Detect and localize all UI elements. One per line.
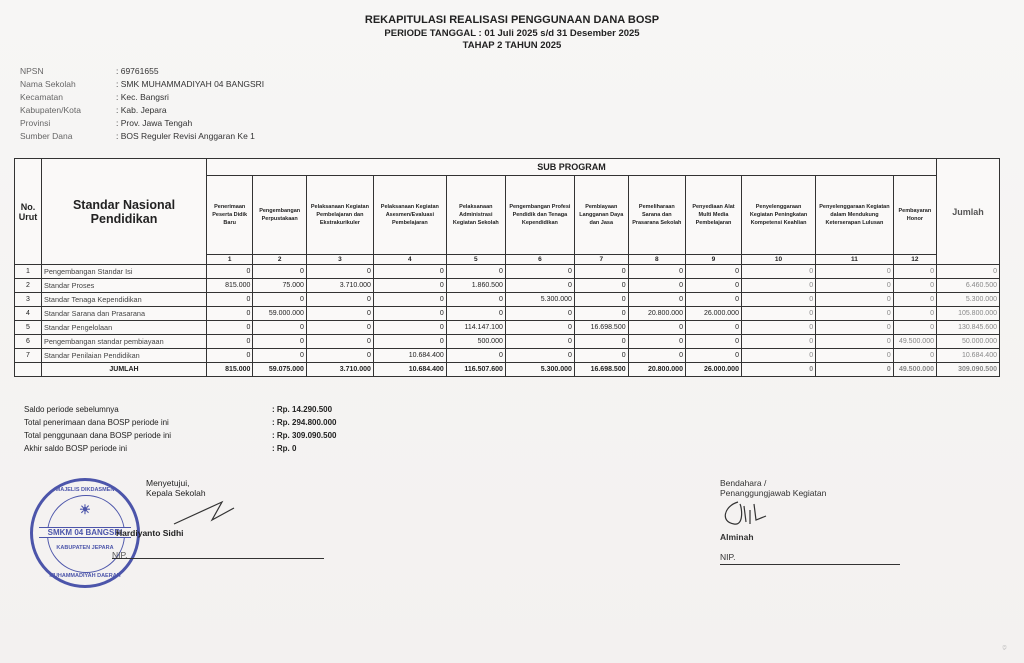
info-value: : Prov. Jawa Tengah [116,118,192,131]
row-value-cell: 0 [741,279,815,293]
column-index: 11 [816,255,894,265]
row-value-cell: 0 [207,349,253,363]
row-value-cell: 0 [207,265,253,279]
row-total-cell: 50.000.000 [937,335,1000,349]
info-row: Provinsi: Prov. Jawa Tengah [20,118,264,131]
sub-program-header: Pengembangan Profesi Pendidik dan Tenaga… [505,176,574,255]
row-value-cell: 0 [893,279,936,293]
row-total-cell: 105.800.000 [937,307,1000,321]
principal-sign-line [112,558,324,559]
sub-program-header: Pemeliharaan Sarana dan Prasarana Sekola… [628,176,685,255]
row-value-cell: 1.860.500 [446,279,505,293]
total-value-cell: 3.710.000 [306,363,373,377]
treasurer-title-1: Bendahara / [720,478,826,488]
row-value-cell: 815.000 [207,279,253,293]
row-value-cell: 0 [816,335,894,349]
row-number: 3 [15,293,42,307]
row-value-cell: 0 [816,321,894,335]
table-row: 1Pengembangan Standar Isi0000000000000 [15,265,1000,279]
total-value-cell: 0 [741,363,815,377]
row-value-cell: 0 [628,279,685,293]
row-number: 4 [15,307,42,321]
total-row: JUMLAH815.00059.075.0003.710.00010.684.4… [15,363,1000,377]
info-value: : BOS Reguler Revisi Anggaran Ke 1 [116,131,255,144]
signature-scribble-icon [720,498,770,528]
info-value: : Kab. Jepara [116,105,167,118]
row-number: 6 [15,335,42,349]
summary-row: Saldo periode sebelumnya: Rp. 14.290.500 [24,405,336,418]
row-value-cell: 0 [253,349,307,363]
row-value-cell: 0 [446,307,505,321]
row-value-cell: 0 [207,293,253,307]
row-value-cell: 0 [893,349,936,363]
report-stage: TAHAP 2 TAHUN 2025 [0,40,1024,51]
signature-scribble-icon [172,498,242,526]
row-value-cell: 0 [446,349,505,363]
row-value-cell: 0 [574,293,628,307]
treasurer-nip: NIP. [720,552,826,562]
info-value: : 69761655 [116,66,159,79]
row-value-cell: 0 [253,293,307,307]
sub-program-header: Penerimaan Peserta Didik Baru [207,176,253,255]
info-row: Kabupaten/Kota: Kab. Jepara [20,105,264,118]
row-value-cell: 0 [893,321,936,335]
sub-program-header: Pembayaran Honor [893,176,936,255]
grand-total-cell: 309.090.500 [937,363,1000,377]
row-total-cell: 6.460.500 [937,279,1000,293]
total-value-cell: 815.000 [207,363,253,377]
row-value-cell: 0 [741,307,815,321]
row-value-cell: 0 [685,279,741,293]
school-info: NPSN: 69761655Nama Sekolah: SMK MUHAMMAD… [20,66,264,144]
total-value-cell: 116.507.600 [446,363,505,377]
row-value-cell: 0 [373,279,446,293]
summary-value: : Rp. 14.290.500 [272,405,332,418]
row-value-cell: 49.500.000 [893,335,936,349]
sub-program-header: Penyediaan Alat Multi Media Pembelajaran [685,176,741,255]
summary-label: Total penerimaan dana BOSP periode ini [24,418,272,431]
row-value-cell: 0 [207,307,253,321]
row-value-cell: 0 [207,321,253,335]
info-label: Kecamatan [20,92,116,105]
sub-program-header: Pengembangan Perpustakaan [253,176,307,255]
info-label: Sumber Dana [20,131,116,144]
row-value-cell: 0 [741,335,815,349]
column-index: 8 [628,255,685,265]
row-value-cell: 0 [816,265,894,279]
info-row: Nama Sekolah: SMK MUHAMMADIYAH 04 BANGSR… [20,79,264,92]
report-period: PERIODE TANGGAL : 01 Juli 2025 s/d 31 De… [0,28,1024,39]
row-value-cell: 75.000 [253,279,307,293]
row-value-cell: 0 [741,321,815,335]
row-value-cell: 0 [306,307,373,321]
column-index: 10 [741,255,815,265]
sub-program-header: Pelaksanaan Kegiatan Asesmen/Evaluasi Pe… [373,176,446,255]
summary-label: Saldo periode sebelumnya [24,405,272,418]
row-value-cell: 3.710.000 [306,279,373,293]
row-value-cell: 0 [574,279,628,293]
row-value-cell: 0 [685,349,741,363]
row-value-cell: 0 [373,321,446,335]
column-index: 5 [446,255,505,265]
row-value-cell: 10.684.400 [373,349,446,363]
row-value-cell: 0 [505,349,574,363]
row-value-cell: 0 [685,335,741,349]
treasurer-sign-line [720,564,900,565]
row-value-cell: 0 [373,307,446,321]
summary-label: Total penggunaan dana BOSP periode ini [24,431,272,444]
column-index: 3 [306,255,373,265]
row-value-cell: 0 [373,265,446,279]
treasurer-title-2: Penanggungjawab Kegiatan [720,488,826,498]
sub-program-header: Pelaksanaan Administrasi Kegiatan Sekola… [446,176,505,255]
row-value-cell: 0 [253,321,307,335]
info-row: Kecamatan: Kec. Bangsri [20,92,264,105]
row-value-cell: 16.698.500 [574,321,628,335]
row-value-cell: 0 [741,265,815,279]
principal-title: Kepala Sekolah [146,488,242,498]
col-sub-program: SUB PROGRAM [207,159,937,176]
table-row: 6Pengembangan standar pembiayaan0000500.… [15,335,1000,349]
row-value-cell: 59.000.000 [253,307,307,321]
row-value-cell: 0 [505,321,574,335]
total-label: JUMLAH [42,363,207,377]
row-value-cell: 0 [373,293,446,307]
row-number: 5 [15,321,42,335]
row-value-cell: 0 [253,335,307,349]
row-value-cell: 0 [816,279,894,293]
row-value-cell: 0 [628,265,685,279]
signature-principal: Menyetujui, Kepala Sekolah Hardiyanto Si… [112,478,242,560]
column-index: 1 [207,255,253,265]
row-total-cell: 130.845.600 [937,321,1000,335]
info-value: : Kec. Bangsri [116,92,169,105]
row-value-cell: 0 [816,349,894,363]
info-value: : SMK MUHAMMADIYAH 04 BANGSRI [116,79,264,92]
summary-label: Akhir saldo BOSP periode ini [24,444,272,457]
summary-row: Total penerimaan dana BOSP periode ini: … [24,418,336,431]
summary-value: : Rp. 294.800.000 [272,418,336,431]
sub-program-header: Pelaksanaan Kegiatan Pembelajaran dan Ek… [306,176,373,255]
row-total-cell: 0 [937,265,1000,279]
col-total: Jumlah [937,159,1000,265]
fund-summary: Saldo periode sebelumnya: Rp. 14.290.500… [24,405,336,457]
row-value-cell: 0 [628,293,685,307]
row-standard-label: Standar Penilaian Pendidikan [42,349,207,363]
muhammadiyah-logo-icon: ☀ [77,503,93,517]
row-value-cell: 0 [685,321,741,335]
summary-value: : Rp. 0 [272,444,296,457]
scanner-watermark: ⎙ [1002,600,1016,650]
row-standard-label: Standar Pengelolaan [42,321,207,335]
row-value-cell: 0 [373,335,446,349]
table-row: 4Standar Sarana dan Prasarana059.000.000… [15,307,1000,321]
table-row: 2Standar Proses815.00075.0003.710.00001.… [15,279,1000,293]
column-index: 6 [505,255,574,265]
table-row: 3Standar Tenaga Kependidikan000005.300.0… [15,293,1000,307]
info-label: Nama Sekolah [20,79,116,92]
sub-program-header: Pembiayaan Langganan Daya dan Jasa [574,176,628,255]
row-standard-label: Standar Tenaga Kependidikan [42,293,207,307]
total-value-cell: 5.300.000 [505,363,574,377]
row-value-cell: 0 [741,293,815,307]
row-standard-label: Standar Proses [42,279,207,293]
info-label: Provinsi [20,118,116,131]
total-value-cell: 59.075.000 [253,363,307,377]
row-value-cell: 0 [306,293,373,307]
total-value-cell: 26.000.000 [685,363,741,377]
row-value-cell: 26.000.000 [685,307,741,321]
total-value-cell: 16.698.500 [574,363,628,377]
row-value-cell: 0 [685,265,741,279]
row-value-cell: 0 [306,265,373,279]
row-value-cell: 0 [253,265,307,279]
row-standard-label: Pengembangan standar pembiayaan [42,335,207,349]
row-value-cell: 0 [574,265,628,279]
row-value-cell: 0 [816,293,894,307]
column-index: 7 [574,255,628,265]
row-number: 1 [15,265,42,279]
row-value-cell: 0 [574,307,628,321]
row-value-cell: 0 [505,265,574,279]
row-standard-label: Pengembangan Standar Isi [42,265,207,279]
column-index: 12 [893,255,936,265]
table-row: 5Standar Pengelolaan0000114.147.100016.6… [15,321,1000,335]
column-index: 4 [373,255,446,265]
column-index: 9 [685,255,741,265]
row-value-cell: 0 [505,307,574,321]
col-standard: Standar Nasional Pendidikan [42,159,207,265]
signature-treasurer: Bendahara / Penanggungjawab Kegiatan Alm… [720,478,826,562]
row-value-cell: 0 [446,293,505,307]
row-value-cell: 0 [574,335,628,349]
col-no-urut: No. Urut [15,159,42,265]
total-value-cell: 10.684.400 [373,363,446,377]
info-row: NPSN: 69761655 [20,66,264,79]
total-value-cell: 0 [816,363,894,377]
stamp-bottom-text: MUHAMMADIYAH DAERAH [33,573,137,579]
info-label: NPSN [20,66,116,79]
row-number: 7 [15,349,42,363]
row-value-cell: 0 [505,279,574,293]
row-value-cell: 0 [306,335,373,349]
row-value-cell: 0 [574,349,628,363]
sub-program-header: Penyelenggaraan Kegiatan Peningkatan Kom… [741,176,815,255]
row-number: 2 [15,279,42,293]
principal-name: Hardiyanto Sidhi [116,528,242,538]
info-label: Kabupaten/Kota [20,105,116,118]
row-value-cell: 0 [816,307,894,321]
realization-table: No. Urut Standar Nasional Pendidikan SUB… [14,158,1000,377]
row-value-cell: 5.300.000 [505,293,574,307]
row-value-cell: 500.000 [446,335,505,349]
row-standard-label: Standar Sarana dan Prasarana [42,307,207,321]
row-value-cell: 0 [685,293,741,307]
table-row: 7Standar Penilaian Pendidikan00010.684.4… [15,349,1000,363]
row-value-cell: 0 [505,335,574,349]
row-value-cell: 0 [893,307,936,321]
report-title: REKAPITULASI REALISASI PENGGUNAAN DANA B… [0,14,1024,26]
treasurer-name: Alminah [720,532,826,542]
row-value-cell: 0 [306,349,373,363]
total-value-cell: 49.500.000 [893,363,936,377]
row-value-cell: 0 [628,349,685,363]
summary-row: Akhir saldo BOSP periode ini: Rp. 0 [24,444,336,457]
column-index: 2 [253,255,307,265]
row-total-cell: 5.300.000 [937,293,1000,307]
row-value-cell: 0 [893,293,936,307]
summary-row: Total penggunaan dana BOSP periode ini: … [24,431,336,444]
approval-label: Menyetujui, [146,478,242,488]
row-value-cell: 0 [628,321,685,335]
row-total-cell: 10.684.400 [937,349,1000,363]
row-value-cell: 0 [741,349,815,363]
row-value-cell: 114.147.100 [446,321,505,335]
row-value-cell: 0 [446,265,505,279]
row-value-cell: 0 [207,335,253,349]
row-value-cell: 0 [893,265,936,279]
info-row: Sumber Dana: BOS Reguler Revisi Anggaran… [20,131,264,144]
row-value-cell: 20.800.000 [628,307,685,321]
sub-program-header: Penyelenggaraan Kegiatan dalam Mendukung… [816,176,894,255]
summary-value: : Rp. 309.090.500 [272,431,336,444]
total-value-cell: 20.800.000 [628,363,685,377]
document-page: REKAPITULASI REALISASI PENGGUNAAN DANA B… [0,0,1024,663]
row-value-cell: 0 [628,335,685,349]
row-value-cell: 0 [306,321,373,335]
